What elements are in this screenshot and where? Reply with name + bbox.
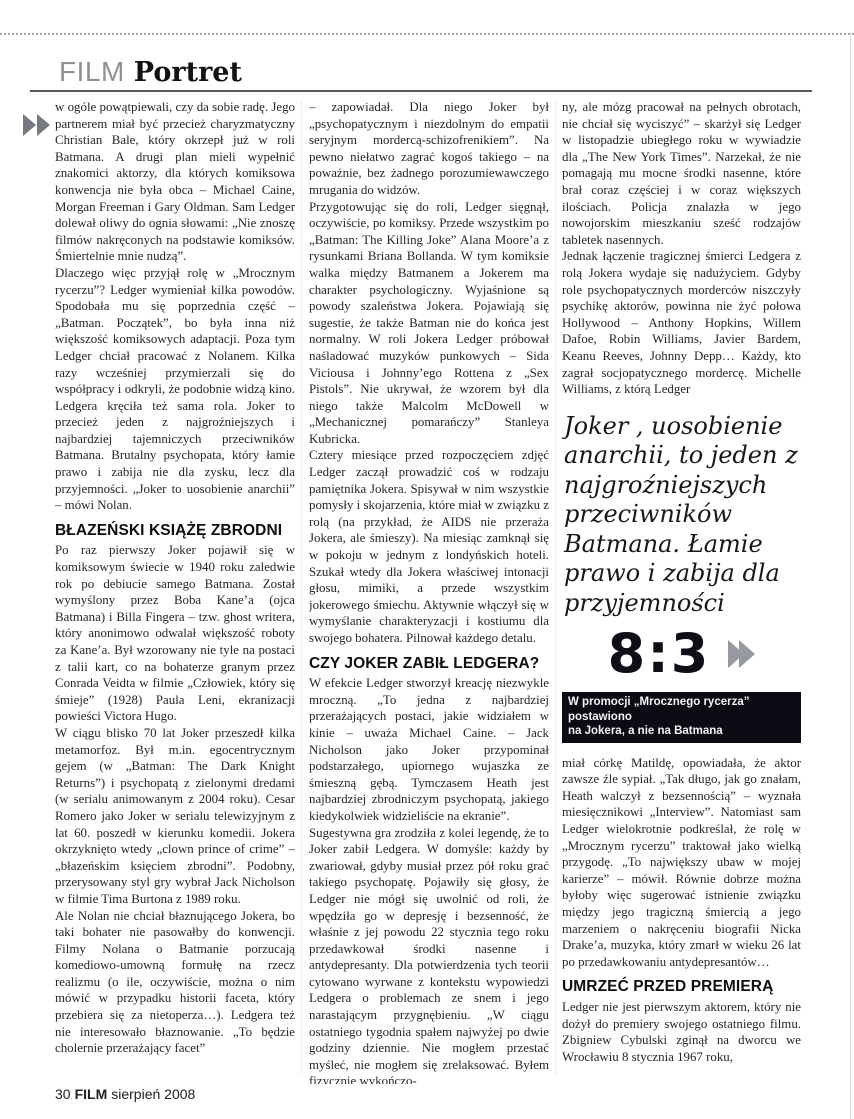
header-rule	[30, 90, 812, 92]
section-heading: UMRZEĆ PRZED PREMIERĄ	[562, 979, 801, 996]
paragraph: Ledger nie jest pierwszym aktorem, który…	[562, 999, 801, 1065]
page-header: FILMPortret	[59, 56, 242, 88]
column-rule	[301, 100, 302, 1075]
score-value: 8:3	[608, 626, 711, 682]
magazine-page: { "header": { "brand": "FILM", "section"…	[0, 0, 854, 1119]
double-right-arrow-icon	[23, 114, 51, 141]
paragraph: Sugestywna gra zrodziła z kolei legendę,…	[309, 825, 549, 1084]
paragraph: – zapowiadał. Dla niego Joker był „psych…	[309, 99, 549, 199]
dotted-divider	[0, 33, 854, 35]
pull-quote: Joker , uosobienie anarchii, to jeden z …	[564, 412, 801, 619]
magazine-name: FILM	[75, 1086, 108, 1102]
paragraph: Cztery miesiące przed rozpoczęciem zdjęć…	[309, 447, 549, 646]
paragraph: W efekcie Ledger stworzył kreację niezwy…	[309, 675, 549, 824]
article-column-3: ny, ale mózg pracował na pełnych obrotac…	[562, 99, 801, 1084]
caption-line: W promocji „Mrocznego rycerza” postawion…	[568, 695, 795, 724]
section-heading: BŁAZEŃSKI KSIĄŻĘ ZBRODNI	[55, 523, 295, 540]
paragraph: miał córkę Matildę, opowiadała, że aktor…	[562, 755, 801, 971]
paragraph: Po raz pierwszy Joker pojawił się w komi…	[55, 542, 295, 725]
page-edge-line	[850, 33, 851, 1119]
article-column-2: – zapowiadał. Dla niego Joker był „psych…	[309, 99, 549, 1084]
paragraph: w ogóle powątpiewali, czy da sobie radę.…	[55, 99, 295, 265]
magazine-logo: FILM	[59, 56, 125, 87]
photo-caption: W promocji „Mrocznego rycerza” postawion…	[562, 692, 801, 743]
column-rule	[555, 100, 556, 1075]
double-right-arrow-icon	[728, 640, 755, 668]
paragraph: Ale Nolan nie chciał błaznującego Jokera…	[55, 908, 295, 1057]
section-title: Portret	[134, 57, 242, 88]
caption-line: na Jokera, a nie na Batmana	[568, 724, 795, 739]
paragraph: Przygotowując się do roli, Ledger sięgną…	[309, 199, 549, 448]
paragraph: Dlaczego więc przyjął rolę w „Mrocznym r…	[55, 265, 295, 514]
paragraph: W ciągu blisko 70 lat Joker przeszedł ki…	[55, 725, 295, 908]
section-heading: CZY JOKER ZABIŁ LEDGERA?	[309, 656, 549, 673]
page-number: 30	[55, 1086, 71, 1102]
score-row: 8:3	[562, 626, 801, 682]
page-footer: 30FILMsierpień 2008	[55, 1086, 199, 1102]
paragraph: Jednak łączenie tragicznej śmierci Ledge…	[562, 248, 801, 397]
paragraph: ny, ale mózg pracował na pełnych obrotac…	[562, 99, 801, 248]
issue-date: sierpień 2008	[111, 1086, 195, 1102]
article-column-1: w ogóle powątpiewali, czy da sobie radę.…	[55, 99, 295, 1084]
